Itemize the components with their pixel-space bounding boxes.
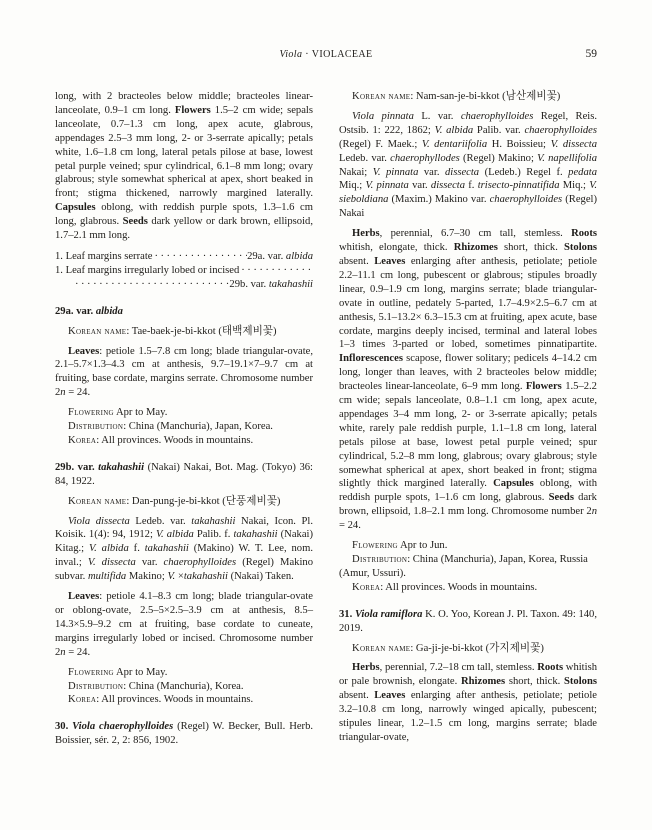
text-run: f. (129, 543, 145, 554)
text-run: Seeds (549, 492, 574, 503)
text-run: (Ledeb.) Regel f. (479, 167, 568, 178)
paragraph: Viola pinnata L. var. chaerophylloides R… (339, 110, 597, 221)
text-run: Leaves (68, 591, 99, 602)
running-title: Viola · VIOLACEAE (279, 49, 372, 60)
text-run: V. pinnata (365, 180, 408, 191)
text-run: Leaves (374, 690, 405, 701)
field-line: Distribution: China (Manchuria), Korea. (55, 680, 313, 694)
text-run: var. (418, 167, 445, 178)
section-heading: 29a. var. albida (55, 305, 313, 319)
text-run: 29b. var. (229, 279, 268, 290)
left-column: long, with 2 bracteoles below middle; br… (55, 90, 313, 748)
text-run: 1. Leaf margins serrate (55, 251, 152, 262)
text-run: Flowers (526, 381, 562, 392)
text-run: pedata (568, 167, 597, 178)
korean-name-line: Korean name: Ga-ji-je-bi-kkot (가지제비꽃) (339, 642, 597, 656)
text-run: chaerophylloides (490, 194, 563, 205)
paragraph: Herbs, perennial, 7.2–18 cm tall, stemle… (339, 661, 597, 744)
text-run: takahashii (98, 462, 144, 473)
text-run: : All provinces. Woods in mountains. (96, 435, 253, 446)
key-ref-text: 29a. var. albida (247, 250, 313, 264)
text-run: absent. (339, 690, 374, 701)
text-run: Korea (352, 582, 380, 593)
korean-name-line: Korean name: Tae-baek-je-bi-kkot (태백제비꽃) (55, 325, 313, 339)
text-run: 30. (55, 721, 72, 732)
text-run: Capsules (55, 202, 96, 213)
field-line: Distribution: China (Manchuria), Japan, … (339, 553, 597, 581)
text-run: Ledeb. var. (130, 516, 191, 527)
key-entry: 1. Leaf margins irregularly lobed or inc… (55, 264, 313, 278)
field-line: Flowering Apr to Jun. (339, 539, 597, 553)
text-run: (Regel) F. Maek.; (339, 139, 422, 150)
text-run: Viola (279, 49, 302, 60)
identification-key: 1. Leaf margins serrate·················… (55, 250, 313, 292)
text-run: takahashii (233, 529, 277, 540)
text-run: (Regel) Makino; (460, 153, 537, 164)
text-run: albida (286, 251, 313, 262)
text-run: trisecto-pinnatifida (478, 180, 560, 191)
text-run: var. (409, 180, 431, 191)
text-run: Roots (537, 662, 563, 673)
text-run: Apr to May. (114, 667, 167, 678)
text-run: dissecta (445, 167, 479, 178)
text-run: : Dan-pung-je-bi-kkot (단풍제비꽃) (126, 496, 280, 507)
text-run: Stolons (564, 242, 597, 253)
text-run: absent. (339, 256, 374, 267)
korean-name-line: Korean name: Dan-pung-je-bi-kkot (단풍제비꽃) (55, 495, 313, 509)
text-run: (Nakai) Taken. (228, 571, 294, 582)
text-run: dissecta (431, 180, 465, 191)
text-run: Viola ramiflora (355, 609, 422, 620)
page-number: 59 (586, 47, 598, 61)
paragraph: Viola dissecta Ledeb. var. takahashii Na… (55, 515, 313, 585)
korean-name-line: Korean name: Nam-san-je-bi-kkot (남산제비꽃) (339, 90, 597, 104)
text-run: whitish, elongate, thick. (339, 242, 454, 253)
paragraph: long, with 2 bracteoles below middle; br… (55, 90, 313, 243)
field-line: Korea: All provinces. Woods in mountains… (55, 434, 313, 448)
text-run: 29a. var. (55, 306, 96, 317)
text-run: Palib. f. (194, 529, 234, 540)
text-run: V. albida (435, 125, 474, 136)
paragraph: Herbs, perennial, 6.7–30 cm tall, stemle… (339, 227, 597, 533)
text-run: takahashii (145, 543, 189, 554)
text-run: = 24. (66, 647, 91, 658)
text-run: short, thick. (505, 676, 564, 687)
text-run: Herbs (352, 228, 380, 239)
text-run: 1. Leaf margins irregularly lobed or inc… (55, 265, 239, 276)
field-line: Flowering Apr to May. (55, 666, 313, 680)
text-run: Flowering (68, 407, 114, 418)
text-run: short, thick. (498, 242, 564, 253)
key-lead-text: 1. Leaf margins irregularly lobed or inc… (55, 264, 239, 278)
text-run: takahashii (191, 516, 235, 527)
text-run: Makino; (126, 571, 167, 582)
text-run: chaerophylloides (164, 557, 237, 568)
text-run: takahashii (184, 571, 228, 582)
text-run: Distribution (68, 421, 123, 432)
text-run: Nakai; (339, 167, 373, 178)
text-run: V. napellifolia (537, 153, 597, 164)
text-run: : All provinces. Woods in mountains. (96, 694, 253, 705)
text-run: Apr to Jun. (398, 540, 447, 551)
text-run: , perennial, 7.2–18 cm tall, stemless. (380, 662, 538, 673)
text-run: f. (465, 180, 478, 191)
key-lead-text: 1. Leaf margins serrate (55, 250, 152, 264)
text-run: L. var. (414, 111, 461, 122)
text-run: Distribution (352, 554, 407, 565)
text-run: Flowers (175, 105, 211, 116)
field-line: Korea: All provinces. Woods in mountains… (339, 581, 597, 595)
dotted-leader: ········································… (73, 278, 229, 292)
text-run: Miq.; (560, 180, 590, 191)
key-ref-text: 29b. var. takahashii (229, 278, 313, 292)
text-run: Leaves (374, 256, 405, 267)
section-heading: 31. Viola ramiflora K. O. Yoo, Korean J.… (339, 608, 597, 636)
section-heading: 30. Viola chaerophylloides (Regel) W. Be… (55, 720, 313, 748)
text-run: Capsules (493, 478, 534, 489)
text-run: Flowering (68, 667, 114, 678)
text-run: Inflorescences (339, 353, 403, 364)
text-run: (Maxim.) Makino var. (388, 194, 489, 205)
text-run: Korea (68, 435, 96, 446)
text-run: Viola pinnata (352, 111, 414, 122)
text-run: V. dentariifolia (422, 139, 487, 150)
paragraph: Leaves: petiole 1.5–7.8 cm long; blade t… (55, 345, 313, 401)
text-run: Seeds (123, 216, 148, 227)
key-entry: 1. Leaf margins serrate·················… (55, 250, 313, 264)
text-run: : China (Manchuria), Korea. (123, 681, 243, 692)
right-column: Korean name: Nam-san-je-bi-kkot (남산제비꽃)V… (339, 90, 597, 748)
text-run: Korea (68, 694, 96, 705)
text-run: Viola dissecta (68, 516, 130, 527)
text-run: V. pinnata (373, 167, 419, 178)
text-run: Rhizomes (454, 242, 498, 253)
dotted-leader: ········································… (152, 250, 247, 264)
text-run: · VIOLACEAE (302, 49, 372, 60)
text-run: Flowering (352, 540, 398, 551)
text-run: chaerophylloides (524, 125, 597, 136)
text-run: H. Boissieu; (487, 139, 550, 150)
text-run: chaerophylloides (461, 111, 534, 122)
field-line: Korea: All provinces. Woods in mountains… (55, 693, 313, 707)
text-run: : Nam-san-je-bi-kkot (남산제비꽃) (410, 91, 560, 102)
text-run: 1.5–2.2 cm wide; sepals lanceolate, 0.8–… (339, 381, 597, 489)
text-run: : Tae-baek-je-bi-kkot (태백제비꽃) (126, 326, 276, 337)
text-run: Apr to May. (114, 407, 167, 418)
field-line: Distribution: China (Manchuria), Japan, … (55, 420, 313, 434)
text-run: V. dissecta (88, 557, 136, 568)
text-run: chaerophyllodes (390, 153, 460, 164)
text-run: : All provinces. Woods in mountains. (380, 582, 537, 593)
text-run: , perennial, 6.7–30 cm tall, stemless. (380, 228, 571, 239)
text-run: 1.5–2 cm wide; sepals lanceolate, 0.7–1.… (55, 105, 313, 199)
text-run: Herbs (352, 662, 380, 673)
text-run: var. (136, 557, 164, 568)
text-run: Leaves (68, 346, 99, 357)
text-run: Ledeb. var. (339, 153, 390, 164)
text-run: Korean name (68, 326, 126, 337)
text-run: albida (96, 306, 123, 317)
text-run: Stolons (564, 676, 597, 687)
text-run: Viola chaerophylloides (72, 721, 173, 732)
text-run: V. albida (89, 543, 129, 554)
dotted-leader: ········································… (239, 264, 313, 278)
text-run: 29a. var. (247, 251, 286, 262)
section-heading: 29b. var. takahashii (Nakai) Nakai, Bot.… (55, 461, 313, 489)
page-header: Viola · VIOLACEAE 59 (55, 48, 597, 62)
text-run: multifida (88, 571, 126, 582)
text-run: : China (Manchuria), Japan, Korea. (123, 421, 273, 432)
field-line: Flowering Apr to May. (55, 406, 313, 420)
text-run: Korean name (352, 643, 410, 654)
text-run: n (592, 506, 597, 517)
text-run: : Ga-ji-je-bi-kkot (가지제비꽃) (410, 643, 544, 654)
text-run: takahashii (269, 279, 313, 290)
text-run: V. dissecta (551, 139, 597, 150)
text-run: Distribution (68, 681, 123, 692)
text-run: = 24. (66, 387, 91, 398)
text-run: = 24. (339, 520, 361, 531)
text-run: Korean name (68, 496, 126, 507)
text-run: Korean name (352, 91, 410, 102)
text-run: × (175, 571, 184, 582)
text-run: Miq.; (339, 180, 365, 191)
text-run: V. albida (156, 529, 194, 540)
text-run: enlarging after anthesis, petiolate; pet… (339, 256, 597, 350)
key-entry: ········································… (55, 278, 313, 292)
text-run: Roots (571, 228, 597, 239)
text-run: 31. (339, 609, 355, 620)
text-run: Rhizomes (461, 676, 505, 687)
paragraph: Leaves: petiole 4.1–8.3 cm long; blade t… (55, 590, 313, 660)
text-run: 29b. var. (55, 462, 98, 473)
text-run: Palib. var. (473, 125, 524, 136)
book-page: Viola · VIOLACEAE 59 long, with 2 bracte… (0, 0, 652, 830)
content-columns: long, with 2 bracteoles below middle; br… (55, 90, 597, 748)
